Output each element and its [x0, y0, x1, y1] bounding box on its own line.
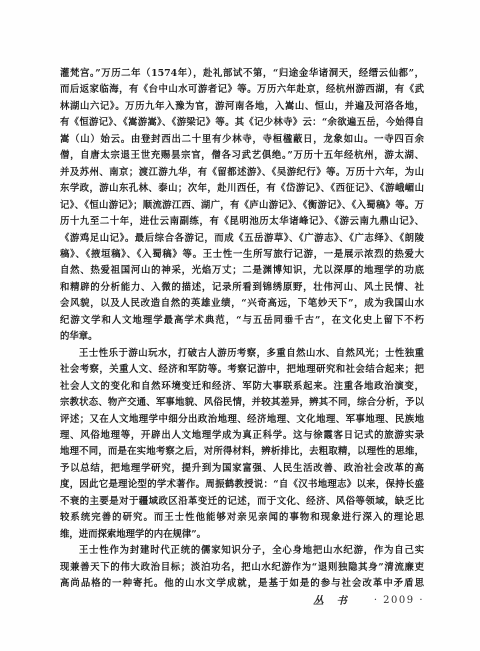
text-line: 嵩（山）始云。由登封西出二十里有少林寺，寺桓楹蔽日，龙象如山。一寺四百余	[60, 132, 424, 148]
text-line: 的华章。	[60, 329, 424, 345]
text-line: 予以总结，把地理学研究，提升到为国家富强、人民生活改善、政治社会改革的高	[60, 461, 424, 477]
text-line: 东学政，游山东孔林、泰山；次年，赴川西任，有《岱游记》、《西征记》、《游峨嵋山	[60, 181, 424, 197]
text-line: 不衰的主要是对于疆域政区沿革变迁的记述，而于文化、经济、风俗等领域，缺乏比	[60, 494, 424, 510]
text-line: 会风貌，以及人民改造自然的英雄业绩，“兴奇高远，下笔妙天下”，成为我国山水	[60, 296, 424, 312]
text-line: 理、风俗地理等，开辟出人文地理学成为真正科学。这与徐霞客日记式的旅游实录	[60, 428, 424, 444]
text-line: 有《恒游记》、《嵩游嵩》、《游梁记》等。其《记少林寺》云：“余欲遍五岳，今始得自	[60, 115, 424, 131]
text-line: 稿》、《掖垣稿》、《入蜀稿》等。王士性一生所写旅行记游，一是展示浓烈的热爱大	[60, 247, 424, 263]
text-block: 灌梵宫。”万历二年（1574年），赴礼部试不第，“归途金华诸洞天，经缙云仙都”，…	[60, 66, 424, 593]
text-line: 《游鸡足山记》。最后综合各游记，而成《五岳游草》、《广游志》、《广志绎》、《朗陵	[60, 231, 424, 247]
text-line: 而后返家临海，有《台中山水可游者记》等。万历六年赴京，经杭州游西湖，有《武	[60, 82, 424, 98]
paragraph: 王士性乐于游山玩水，打破古人游历考察，多重自然山水、自然风光；士性独重社会考察，…	[60, 346, 424, 543]
text-line: 和精辟的分析能力、入微的描述，记录所看到锦绣原野，壮伟河山、风土民情、社	[60, 280, 424, 296]
text-line: 高尚品格的一种寄托。他的山水文学成就，是基于如是的参与社会改革中矛盾思	[60, 576, 424, 592]
scanned-book-page: { "page": { "paragraphs": [ { "indent_fi…	[0, 0, 480, 651]
text-line: 王士性乐于游山玩水，打破古人游历考察，多重自然山水、自然风光；士性独重	[60, 346, 424, 362]
page-footer: 丛 书 · 2009 ·	[60, 592, 424, 608]
text-line: 僧，自唐太宗退王世充赐昙宗官，僧各习武艺俱绝。”万历十五年经杭州，游太湖、	[60, 148, 424, 164]
text-line: 纪游文学和人文地理学最高学术典范，“与五岳同垂千古”，在文化史上留下不朽	[60, 313, 424, 329]
text-line: 评述；又在人文地理学中细分出政治地理、经济地理、文化地理、军事地理、民族地	[60, 412, 424, 428]
text-line: 记》、《恒山游记》；顺流游江西、湖广，有《庐山游记》、《衡游记》、《入蜀稿》等。…	[60, 198, 424, 214]
paragraph: 王士性作为封建时代正统的儒家知识分子，全心身地把山水纪游，作为自己实现兼善天下的…	[60, 543, 424, 592]
text-line: 地理不同，而是在实地考察之后，对所得材料，辨析排比，去粗取精，以理性的思维，	[60, 444, 424, 460]
text-line: 灌梵宫。”万历二年（1574年），赴礼部试不第，“归途金华诸洞天，经缙云仙都”，	[60, 66, 424, 82]
paragraph: 灌梵宫。”万历二年（1574年），赴礼部试不第，“归途金华诸洞天，经缙云仙都”，…	[60, 66, 424, 346]
text-line: 社会考察，关重人文、经济和军防等。考察记游中，把地理研究和社会结合起来；把	[60, 362, 424, 378]
journal-mark: 丛 书	[313, 593, 348, 608]
text-line: 现兼善天下的伟大政治目标；淡泊功名，把山水纪游作为“退则独隐其身”清流廉吏	[60, 560, 424, 576]
text-line: 并及苏州、南京；渡江游九华，有《留都述游》、《吴游纪行》等。万历十六年，为山	[60, 165, 424, 181]
text-line: 自然、热爱祖国河山的神采，光焰万丈；二是渊博知识，尤以深厚的地理学的功底	[60, 263, 424, 279]
text-line: 社会人文的变化和自然环境变迁和经济、军防大事联系起来。注重各地政治演变，	[60, 379, 424, 395]
text-line: 度，因此它是理论型的学术著作。周振鹤教授说：“自《汉书地理志》以来，保持长盛	[60, 477, 424, 493]
page-year-label: · 2009 ·	[374, 595, 424, 606]
text-line: 较系统完善的研究。而王士性他能够对亲见亲闻的事物和现象进行深入的理论思	[60, 510, 424, 526]
text-line: 历十九至二十年，进仕云南副练，有《昆明池历太华诸峰记》、《游云南九鼎山记》、	[60, 214, 424, 230]
text-line: 王士性作为封建时代正统的儒家知识分子，全心身地把山水纪游，作为自己实	[60, 543, 424, 559]
text-line: 维，进而探索地理学的内在规律”。	[60, 527, 424, 543]
text-line: 宗教状态、物产交通、军事地貌、风俗民情，并较其差异，辨其不同，综合分析，予以	[60, 395, 424, 411]
text-line: 林湖山六记》。万历九年入豫为官，游河南各地，入嵩山、恒山，并遍及河洛各地，	[60, 99, 424, 115]
